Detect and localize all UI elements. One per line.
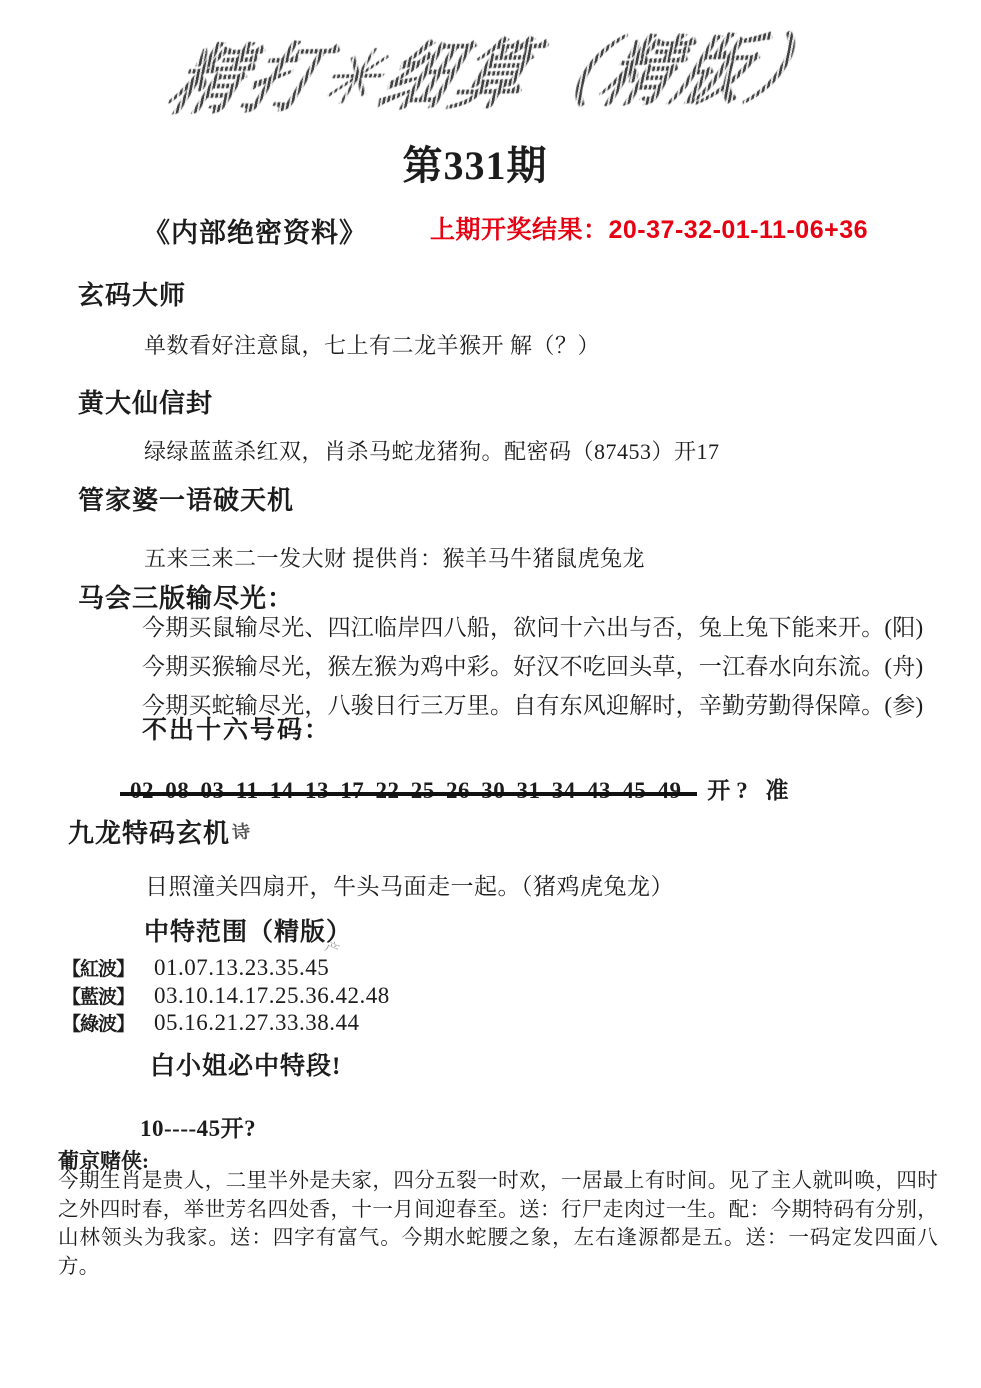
blue-wave-label: 【藍波】	[62, 982, 150, 1009]
secret-document-label: 《内部绝密资料》	[143, 211, 367, 250]
mahui-verse-line: 今期买鼠输尽光、四江临岸四八船，欲问十六出与否，兔上兔下能来开。(阳)	[142, 608, 923, 647]
jiulong-tip-line: 日照潼关四扇开，牛头马面走一起。（猪鸡虎兔龙）	[145, 868, 674, 901]
mahui-verse-line: 今期买猴输尽光，猴左猴为鸡中彩。好汉不吃回头草，一江春水向东流。(舟)	[142, 647, 923, 686]
section-heading-jiulong: 九龙特码玄机诗	[68, 813, 251, 850]
wave-row-red: 【紅波】 01.07.13.23.35.45	[62, 954, 329, 981]
tip-sheet-page: 精打✳细算（精版） 第331期 《内部绝密资料》 上期开奖结果：20-37-32…	[0, 0, 981, 1388]
jiulong-heading-faded-char: 诗	[231, 817, 253, 845]
red-wave-label: 【紅波】	[62, 954, 150, 981]
section-heading-guanjiapo: 管家婆一语破天机	[78, 480, 294, 517]
blue-wave-numbers: 03.10.14.17.25.36.42.48	[154, 983, 390, 1008]
section-heading-baixiaojie: 白小姐必中特段!	[150, 1046, 341, 1082]
wave-row-blue: 【藍波】 03.10.14.17.25.36.42.48	[62, 982, 390, 1009]
pujing-paragraph: 今期生肖是贵人，二里半外是夫家，四分五裂一时欢，一居最上有时间。见了主人就叫唤，…	[58, 1167, 938, 1281]
red-wave-numbers: 01.07.13.23.35.45	[154, 955, 329, 980]
excluded-numbers-row: 02 08 03 11 14 13 17 22 25 26 30 31 34 4…	[130, 772, 794, 805]
xuanma-tip-line: 单数看好注意鼠，七上有二龙羊猴开 解（？）	[144, 329, 600, 360]
huangdaxian-tip-line: 绿绿蓝蓝杀红双，肖杀马蛇龙猪狗。配密码（87453）开17	[144, 435, 720, 466]
green-wave-numbers: 05.16.21.27.33.38.44	[154, 1010, 360, 1035]
last-draw-result: 上期开奖结果：20-37-32-01-11-06+36	[430, 210, 868, 246]
jiulong-heading-text: 九龙特码玄机	[68, 819, 230, 848]
section-heading-huangdaxian: 黄大仙信封	[78, 383, 213, 420]
excluded-numbers-heading: 不出十六号码：	[142, 710, 331, 746]
wave-row-green: 【綠波】 05.16.21.27.33.38.44	[62, 1009, 360, 1036]
masthead-art-title: 精打✳细算（精版）	[150, 8, 872, 129]
baixiaojie-range-line: 10----45开?	[140, 1110, 256, 1143]
section-heading-zhongte: 中特范围（精版）	[144, 912, 352, 948]
green-wave-label: 【綠波】	[62, 1009, 150, 1036]
excluded-numbers-struck: 02 08 03 11 14 13 17 22 25 26 30 31 34 4…	[130, 778, 681, 804]
issue-number: 第331期	[0, 134, 950, 191]
guanjiapo-tip-line: 五来三来二一发大财 提供肖：猴羊马牛猪鼠虎兔龙	[144, 542, 645, 573]
mahui-verse-lines: 今期买鼠输尽光、四江临岸四八船，欲问十六出与否，兔上兔下能来开。(阳) 今期买猴…	[142, 608, 923, 725]
section-heading-xuanma: 玄码大师	[78, 275, 186, 312]
excluded-numbers-result-note: 开? 准	[707, 778, 794, 803]
